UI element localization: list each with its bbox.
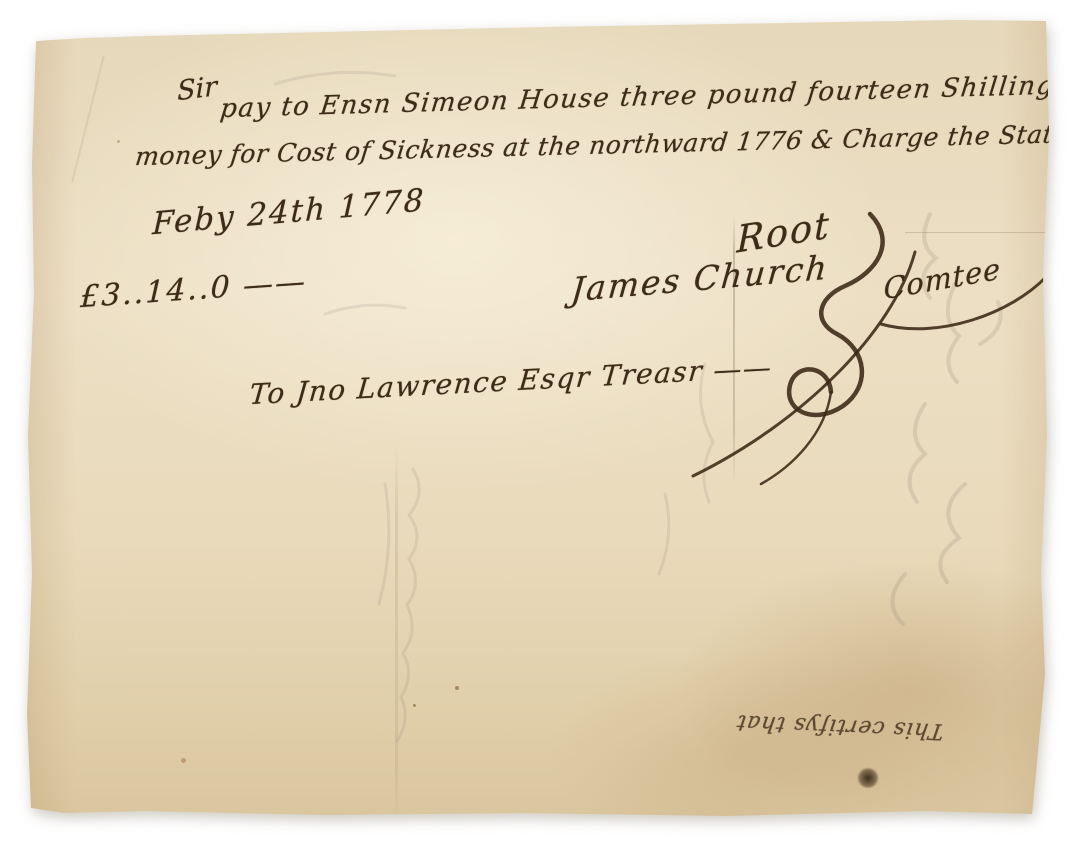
paper-speck [413,704,416,707]
scanned-document-page: Sir pay to Ensn Simeon House three pound… [0,0,1080,847]
paper-speck [117,140,120,143]
manuscript-paper: Sir pay to Ensn Simeon House three pound… [25,14,1051,820]
paper-speck [455,686,459,690]
paper-shadow: Sir pay to Ensn Simeon House three pound… [0,0,1080,847]
paper-speck [181,758,186,763]
salutation-text: Sir [177,71,217,107]
ink-blot [857,768,879,788]
